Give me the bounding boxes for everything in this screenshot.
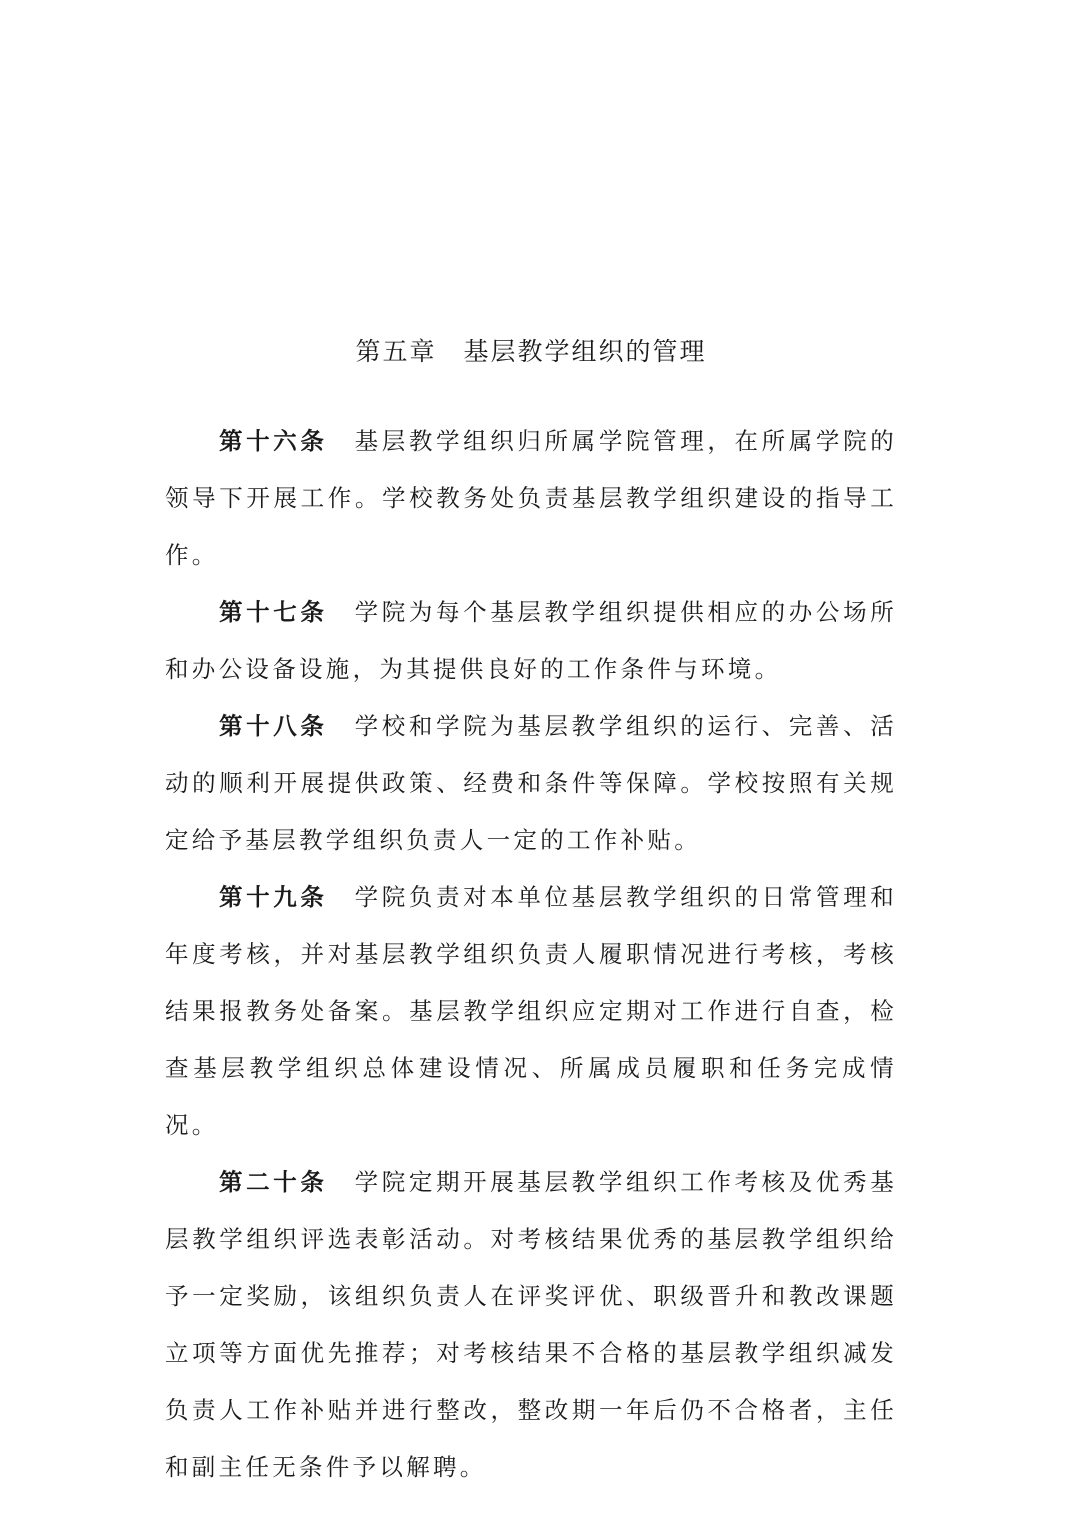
article-19: 第十九条学院负责对本单位基层教学组织的日常管理和年度考核，并对基层教学组织负责人… [165, 869, 897, 1154]
article-number: 第十六条 [219, 427, 328, 455]
article-number: 第十八条 [219, 712, 328, 740]
article-number: 第二十条 [219, 1168, 328, 1196]
article-18: 第十八条学校和学院为基层教学组织的运行、完善、活动的顺利开展提供政策、经费和条件… [165, 698, 897, 869]
article-text: 学院定期开展基层教学组织工作考核及优秀基层教学组织评选表彰活动。对考核结果优秀的… [165, 1168, 897, 1481]
article-number: 第十九条 [219, 883, 328, 911]
chapter-title: 第五章 基层教学组织的管理 [165, 330, 897, 374]
article-20: 第二十条学院定期开展基层教学组织工作考核及优秀基层教学组织评选表彰活动。对考核结… [165, 1154, 897, 1496]
document-page: 第五章 基层教学组织的管理 第十六条基层教学组织归所属学院管理，在所属学院的领导… [165, 330, 897, 1496]
article-16: 第十六条基层教学组织归所属学院管理，在所属学院的领导下开展工作。学校教务处负责基… [165, 413, 897, 584]
article-17: 第十七条学院为每个基层教学组织提供相应的办公场所和办公设备设施，为其提供良好的工… [165, 584, 897, 698]
article-text: 学院负责对本单位基层教学组织的日常管理和年度考核，并对基层教学组织负责人履职情况… [165, 883, 897, 1139]
article-number: 第十七条 [219, 598, 328, 626]
